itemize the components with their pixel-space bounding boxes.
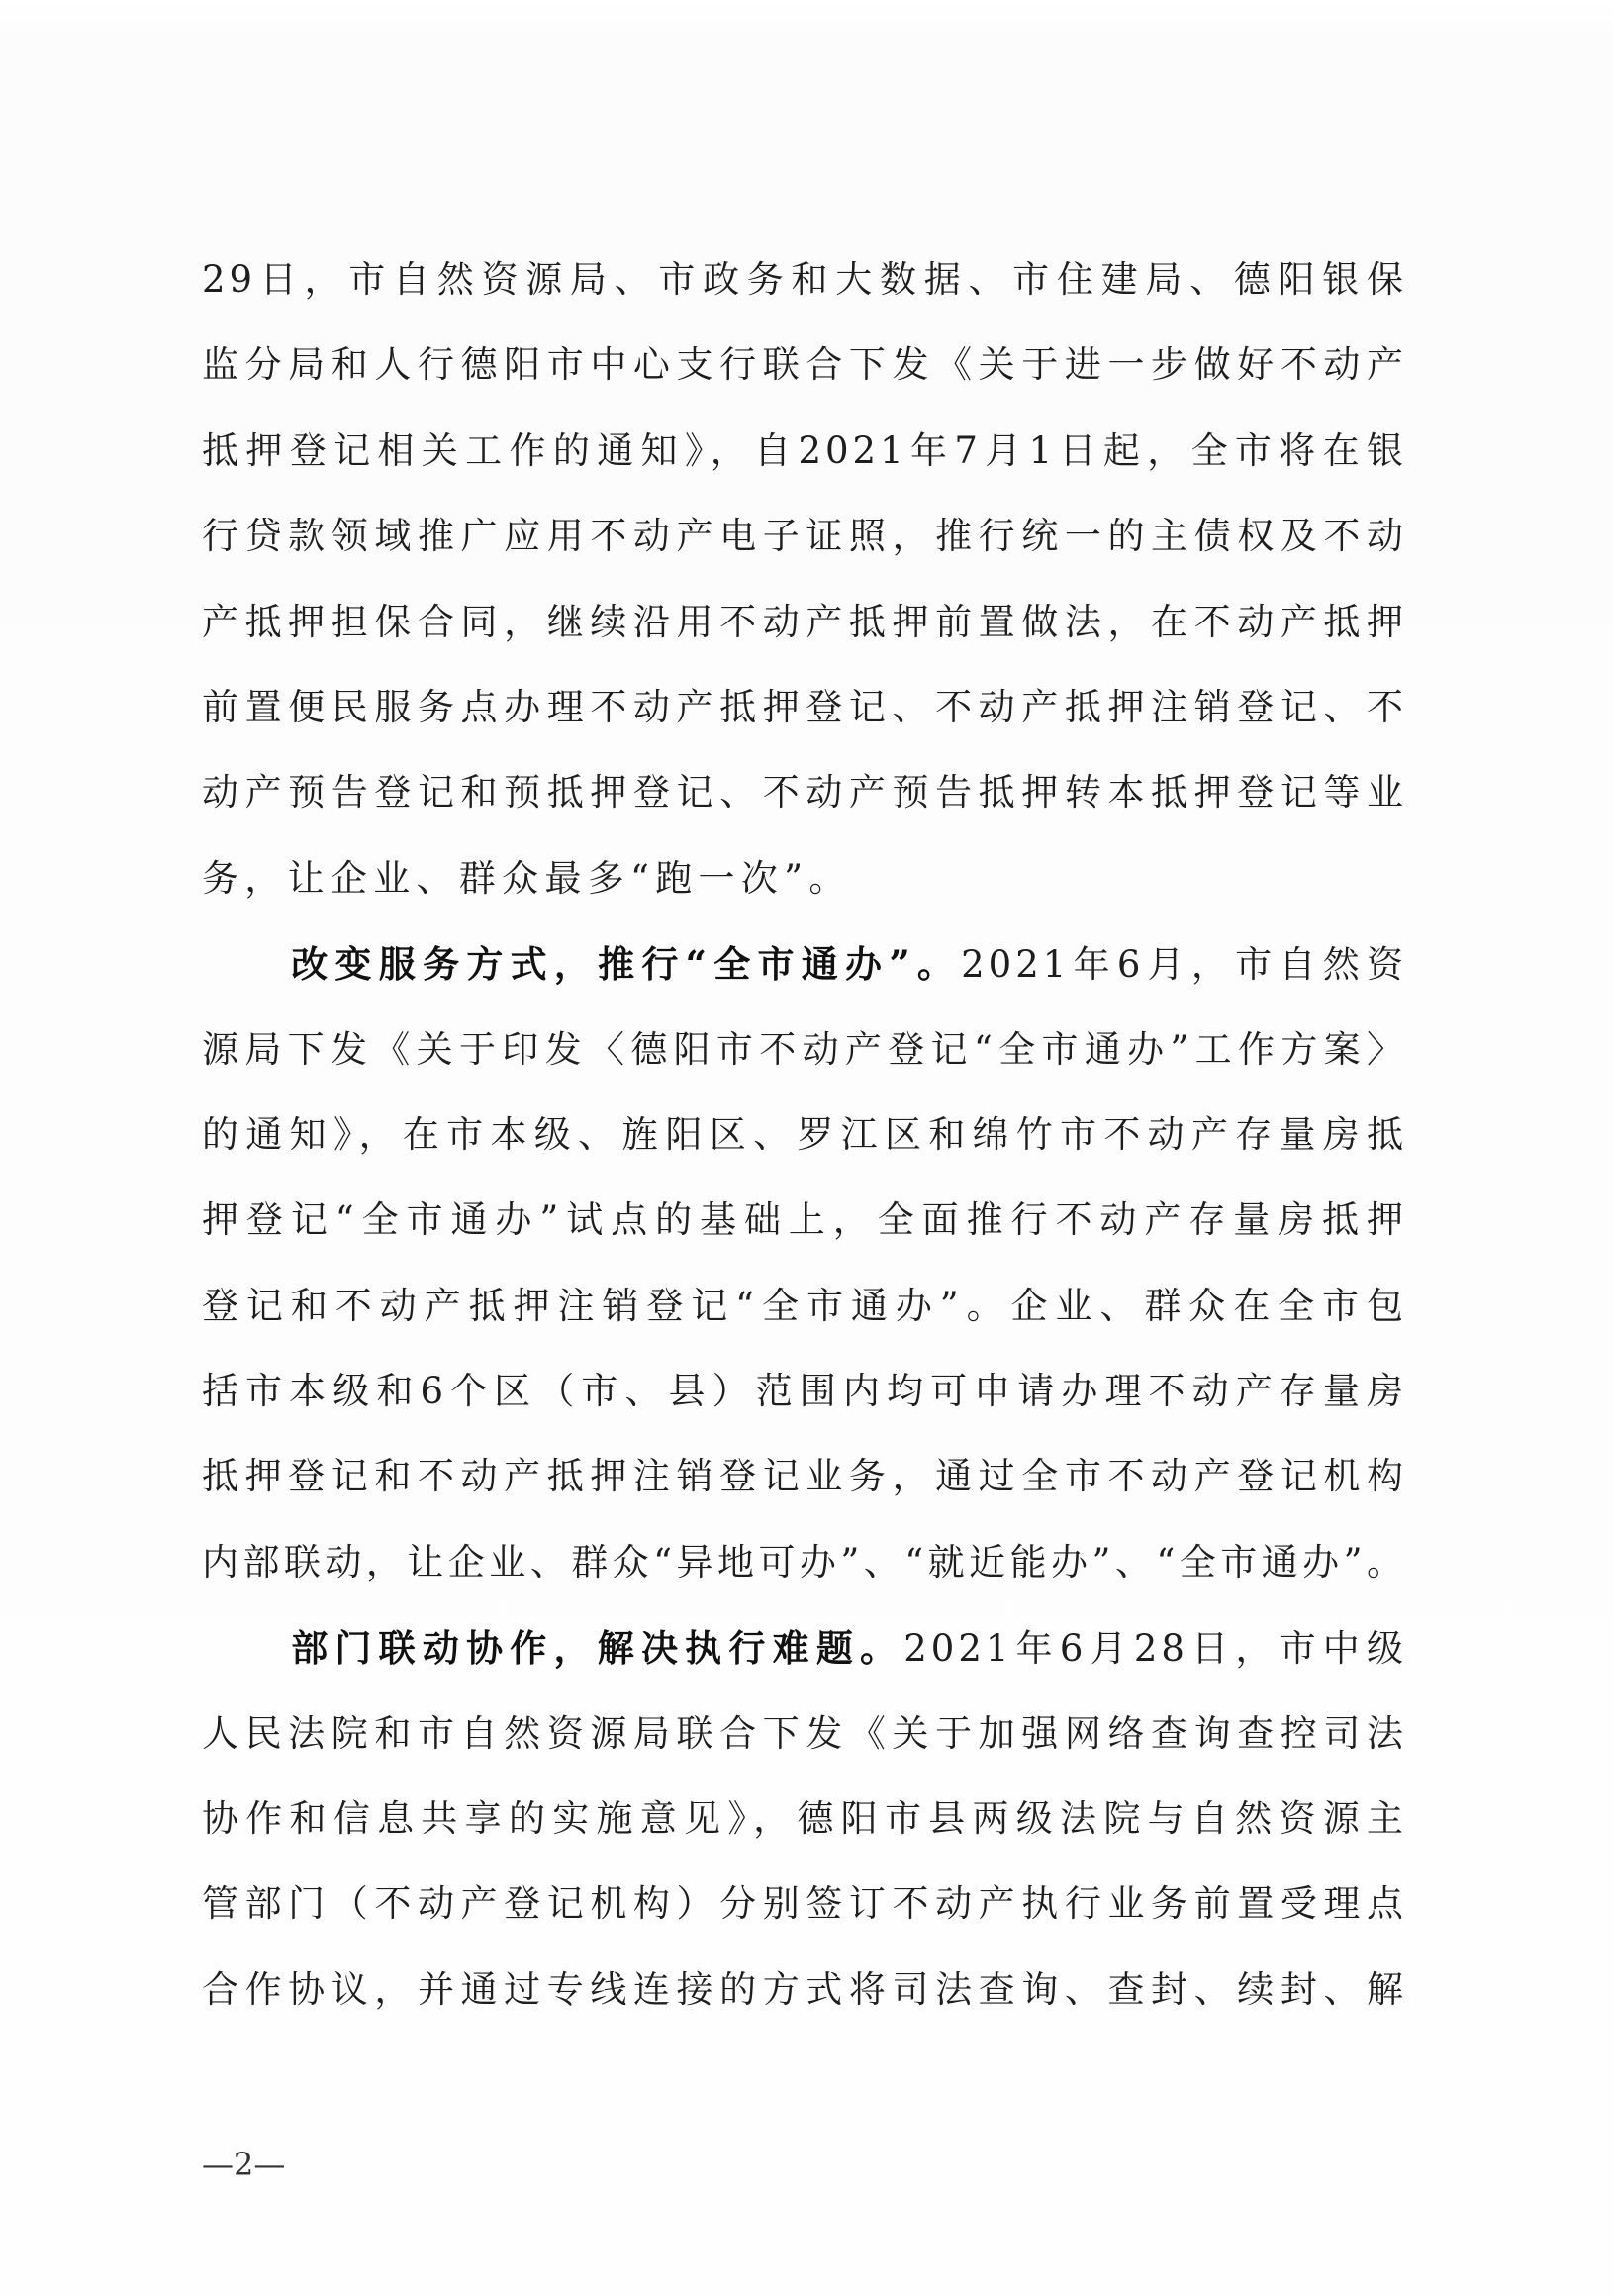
text-line: 合作协议，并通过专线连接的方式将司法查询、查封、续封、解 xyxy=(202,1948,1407,2033)
text-line: 登记和不动产抵押注销登记“全市通办”。企业、群众在全市包 xyxy=(202,1264,1407,1349)
text-line: 抵押登记和不动产抵押注销登记业务，通过全市不动产登记机构 xyxy=(202,1434,1407,1519)
text-line: 人民法院和市自然资源局联合下发《关于加强网络查询查控司法 xyxy=(202,1691,1407,1776)
paragraph-first-line: 部门联动协作，解决执行难题。2021年6月28日，市中级 xyxy=(202,1605,1407,1690)
text-line: 的通知》，在市本级、旌阳区、罗江区和绵竹市不动产存量房抵 xyxy=(202,1093,1407,1178)
text-run: 2021年6月28日，市中级 xyxy=(903,1627,1407,1670)
document-body: 29日，市自然资源局、市政务和大数据、市住建局、德阳银保 监分局和人行德阳市中心… xyxy=(202,238,1407,2033)
page-number: —2— xyxy=(202,2146,285,2183)
text-line: 协作和信息共享的实施意见》，德阳市县两级法院与自然资源主 xyxy=(202,1776,1407,1862)
text-run: 2021年6月，市自然资 xyxy=(961,943,1407,986)
paragraph-heading: 部门联动协作，解决执行难题。 xyxy=(288,1626,903,1670)
text-line: 29日，市自然资源局、市政务和大数据、市住建局、德阳银保 xyxy=(202,238,1407,323)
text-line: 动产预告登记和预抵押登记、不动产预告抵押转本抵押登记等业 xyxy=(202,750,1407,835)
document-page: 29日，市自然资源局、市政务和大数据、市住建局、德阳银保 监分局和人行德阳市中心… xyxy=(0,0,1613,2296)
text-line: 抵押登记相关工作的通知》，自2021年7月1日起，全市将在银 xyxy=(202,409,1407,494)
paragraph-first-line: 改变服务方式，推行“全市通办”。2021年6月，市自然资 xyxy=(202,921,1407,1006)
text-line: 源局下发《关于印发〈德阳市不动产登记“全市通办”工作方案〉 xyxy=(202,1007,1407,1093)
text-line: 管部门（不动产登记机构）分别签订不动产执行业务前置受理点 xyxy=(202,1862,1407,1947)
text-line: 产抵押担保合同，继续沿用不动产抵押前置做法，在不动产抵押 xyxy=(202,580,1407,665)
text-line: 监分局和人行德阳市中心支行联合下发《关于进一步做好不动产 xyxy=(202,323,1407,408)
paragraph-heading: 改变服务方式，推行“全市通办”。 xyxy=(288,942,961,986)
text-line: 行贷款领域推广应用不动产电子证照，推行统一的主债权及不动 xyxy=(202,494,1407,579)
text-line: 押登记“全市通办”试点的基础上，全面推行不动产存量房抵押 xyxy=(202,1178,1407,1263)
text-line: 务，让企业、群众最多“跑一次”。 xyxy=(202,836,1407,921)
text-line: 内部联动，让企业、群众“异地可办”、“就近能办”、“全市通办”。 xyxy=(202,1520,1407,1605)
text-line: 前置便民服务点办理不动产抵押登记、不动产抵押注销登记、不 xyxy=(202,665,1407,750)
text-line: 括市本级和6个区（市、县）范围内均可申请办理不动产存量房 xyxy=(202,1349,1407,1434)
